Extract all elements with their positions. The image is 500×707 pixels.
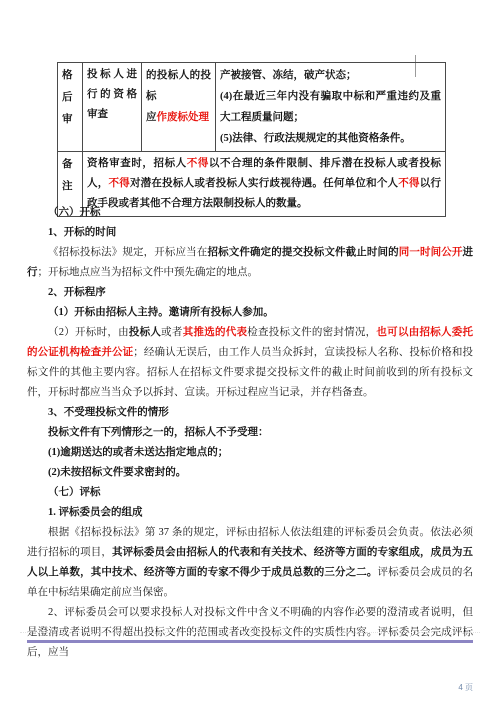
footer-divider-line — [27, 640, 473, 643]
bold-text: 招标文件确定的提交投标文件截止时间的 — [207, 247, 398, 258]
body-text: ；开标地点应当为招标文件中预先确定的地点。 — [38, 267, 259, 278]
vertical-char: 格 — [62, 65, 78, 87]
document-page: 格 后 审 投标人进行的资格审查 的投标人的投标 应作废标处理 产被接管、冻结，… — [0, 0, 500, 707]
cell-line: 应作废标处理 — [146, 107, 211, 128]
cell-text: 的投标人的投标 — [146, 70, 211, 102]
highlighted-text: 不得 — [187, 158, 209, 169]
vertical-char: 注 — [62, 176, 78, 198]
vertical-char: 审 — [62, 109, 78, 131]
paragraph-procedure-item-1: （1）开标由招标人主持。邀请所有投标人参加。 — [27, 303, 473, 323]
cell-line: (5)法律、行政法规规定的其他资格条件。 — [220, 128, 441, 149]
row-header-qualification-after-review: 格 后 审 — [58, 63, 83, 152]
text-boundary-dotted-line — [20, 632, 480, 633]
paragraph-rejection-item-1: (1)逾期送达的或者未送达指定地点的； — [27, 443, 473, 463]
vertical-char: 后 — [62, 87, 78, 109]
cell-bidder-review: 投标人进行的资格审查 — [83, 63, 142, 152]
subheading-bid-opening-time: 1、开标的时间 — [27, 223, 473, 243]
highlighted-text: 不得 — [398, 178, 419, 189]
highlighted-text: 不得 — [108, 178, 129, 189]
bold-text: 投标人 — [129, 327, 161, 338]
paragraph-rejection-item-2: (2)未按招标文件要求密封的。 — [27, 463, 473, 483]
paragraph-clarification: 2、评标委员会可以要求投标人对投标文件中含义不明确的内容作必要的澄清或者说明，但… — [27, 603, 473, 663]
cell-invalid-bid: 的投标人的投标 应作废标处理 — [142, 63, 216, 152]
cell-text: 投标人进行的资格审查 — [87, 69, 137, 120]
qualification-review-table: 格 后 审 投标人进行的资格审查 的投标人的投标 应作废标处理 产被接管、冻结，… — [57, 62, 446, 217]
paragraph-rejection-intro: 投标文件有下列情形之一的，招标人不予受理： — [27, 423, 473, 443]
body-text: （2）开标时，由 — [48, 327, 129, 338]
body-text: 或者 — [161, 327, 183, 338]
cell-text: 对潜在投标人或者投标人实行歧视待遇。任何单位和个人 — [130, 178, 398, 189]
cell-line: 的投标人的投标 — [146, 65, 211, 107]
section-heading-bid-opening: （六）开标 — [27, 203, 473, 223]
cell-line: (4)在最近三年内没有骗取中标和严重违约及重大工程质量问题； — [220, 86, 441, 128]
highlighted-text: 同一时间公开 — [399, 247, 463, 258]
paragraph-procedure-item-2: （2）开标时，由投标人或者其推选的代表检查投标文件的密封情况，也可以由招标人委托… — [27, 323, 473, 403]
cell-text: 资格审查时，招标人 — [87, 158, 187, 169]
body-text: 《招标投标法》规定，开标应当在 — [48, 247, 207, 258]
cell-text: 应 — [146, 112, 157, 123]
cell-qualification-conditions: 产被接管、冻结，破产状态； (4)在最近三年内没有骗取中标和严重违约及重大工程质… — [216, 63, 446, 152]
paragraph-committee-composition: 根据《招标投标法》第 37 条的规定，评标由招标人依法组建的评标委员会负责。依法… — [27, 523, 473, 603]
subheading-rejection-cases: 3、不受理投标文件的情形 — [27, 403, 473, 423]
table-row-qualification: 格 后 审 投标人进行的资格审查 的投标人的投标 应作废标处理 产被接管、冻结，… — [58, 63, 446, 152]
highlighted-text: 其推选的代表 — [183, 327, 248, 338]
cell-line: 产被接管、冻结，破产状态； — [220, 65, 441, 86]
section-heading-bid-evaluation: （七）评标 — [27, 483, 473, 503]
vertical-char: 备 — [62, 154, 78, 176]
body-text: 检查投标文件的密封情况， — [247, 327, 376, 338]
page-number: 4 页 — [458, 682, 473, 693]
paragraph-bid-opening-time: 《招标投标法》规定，开标应当在招标文件确定的提交投标文件截止时间的同一时间公开进… — [27, 243, 473, 283]
subheading-bid-opening-procedure: 2、开标程序 — [27, 283, 473, 303]
highlighted-text: 作废标处理 — [157, 112, 210, 123]
document-body: （六）开标 1、开标的时间 《招标投标法》规定，开标应当在招标文件确定的提交投标… — [27, 203, 473, 663]
subheading-evaluation-committee: 1. 评标委员会的组成 — [27, 503, 473, 523]
